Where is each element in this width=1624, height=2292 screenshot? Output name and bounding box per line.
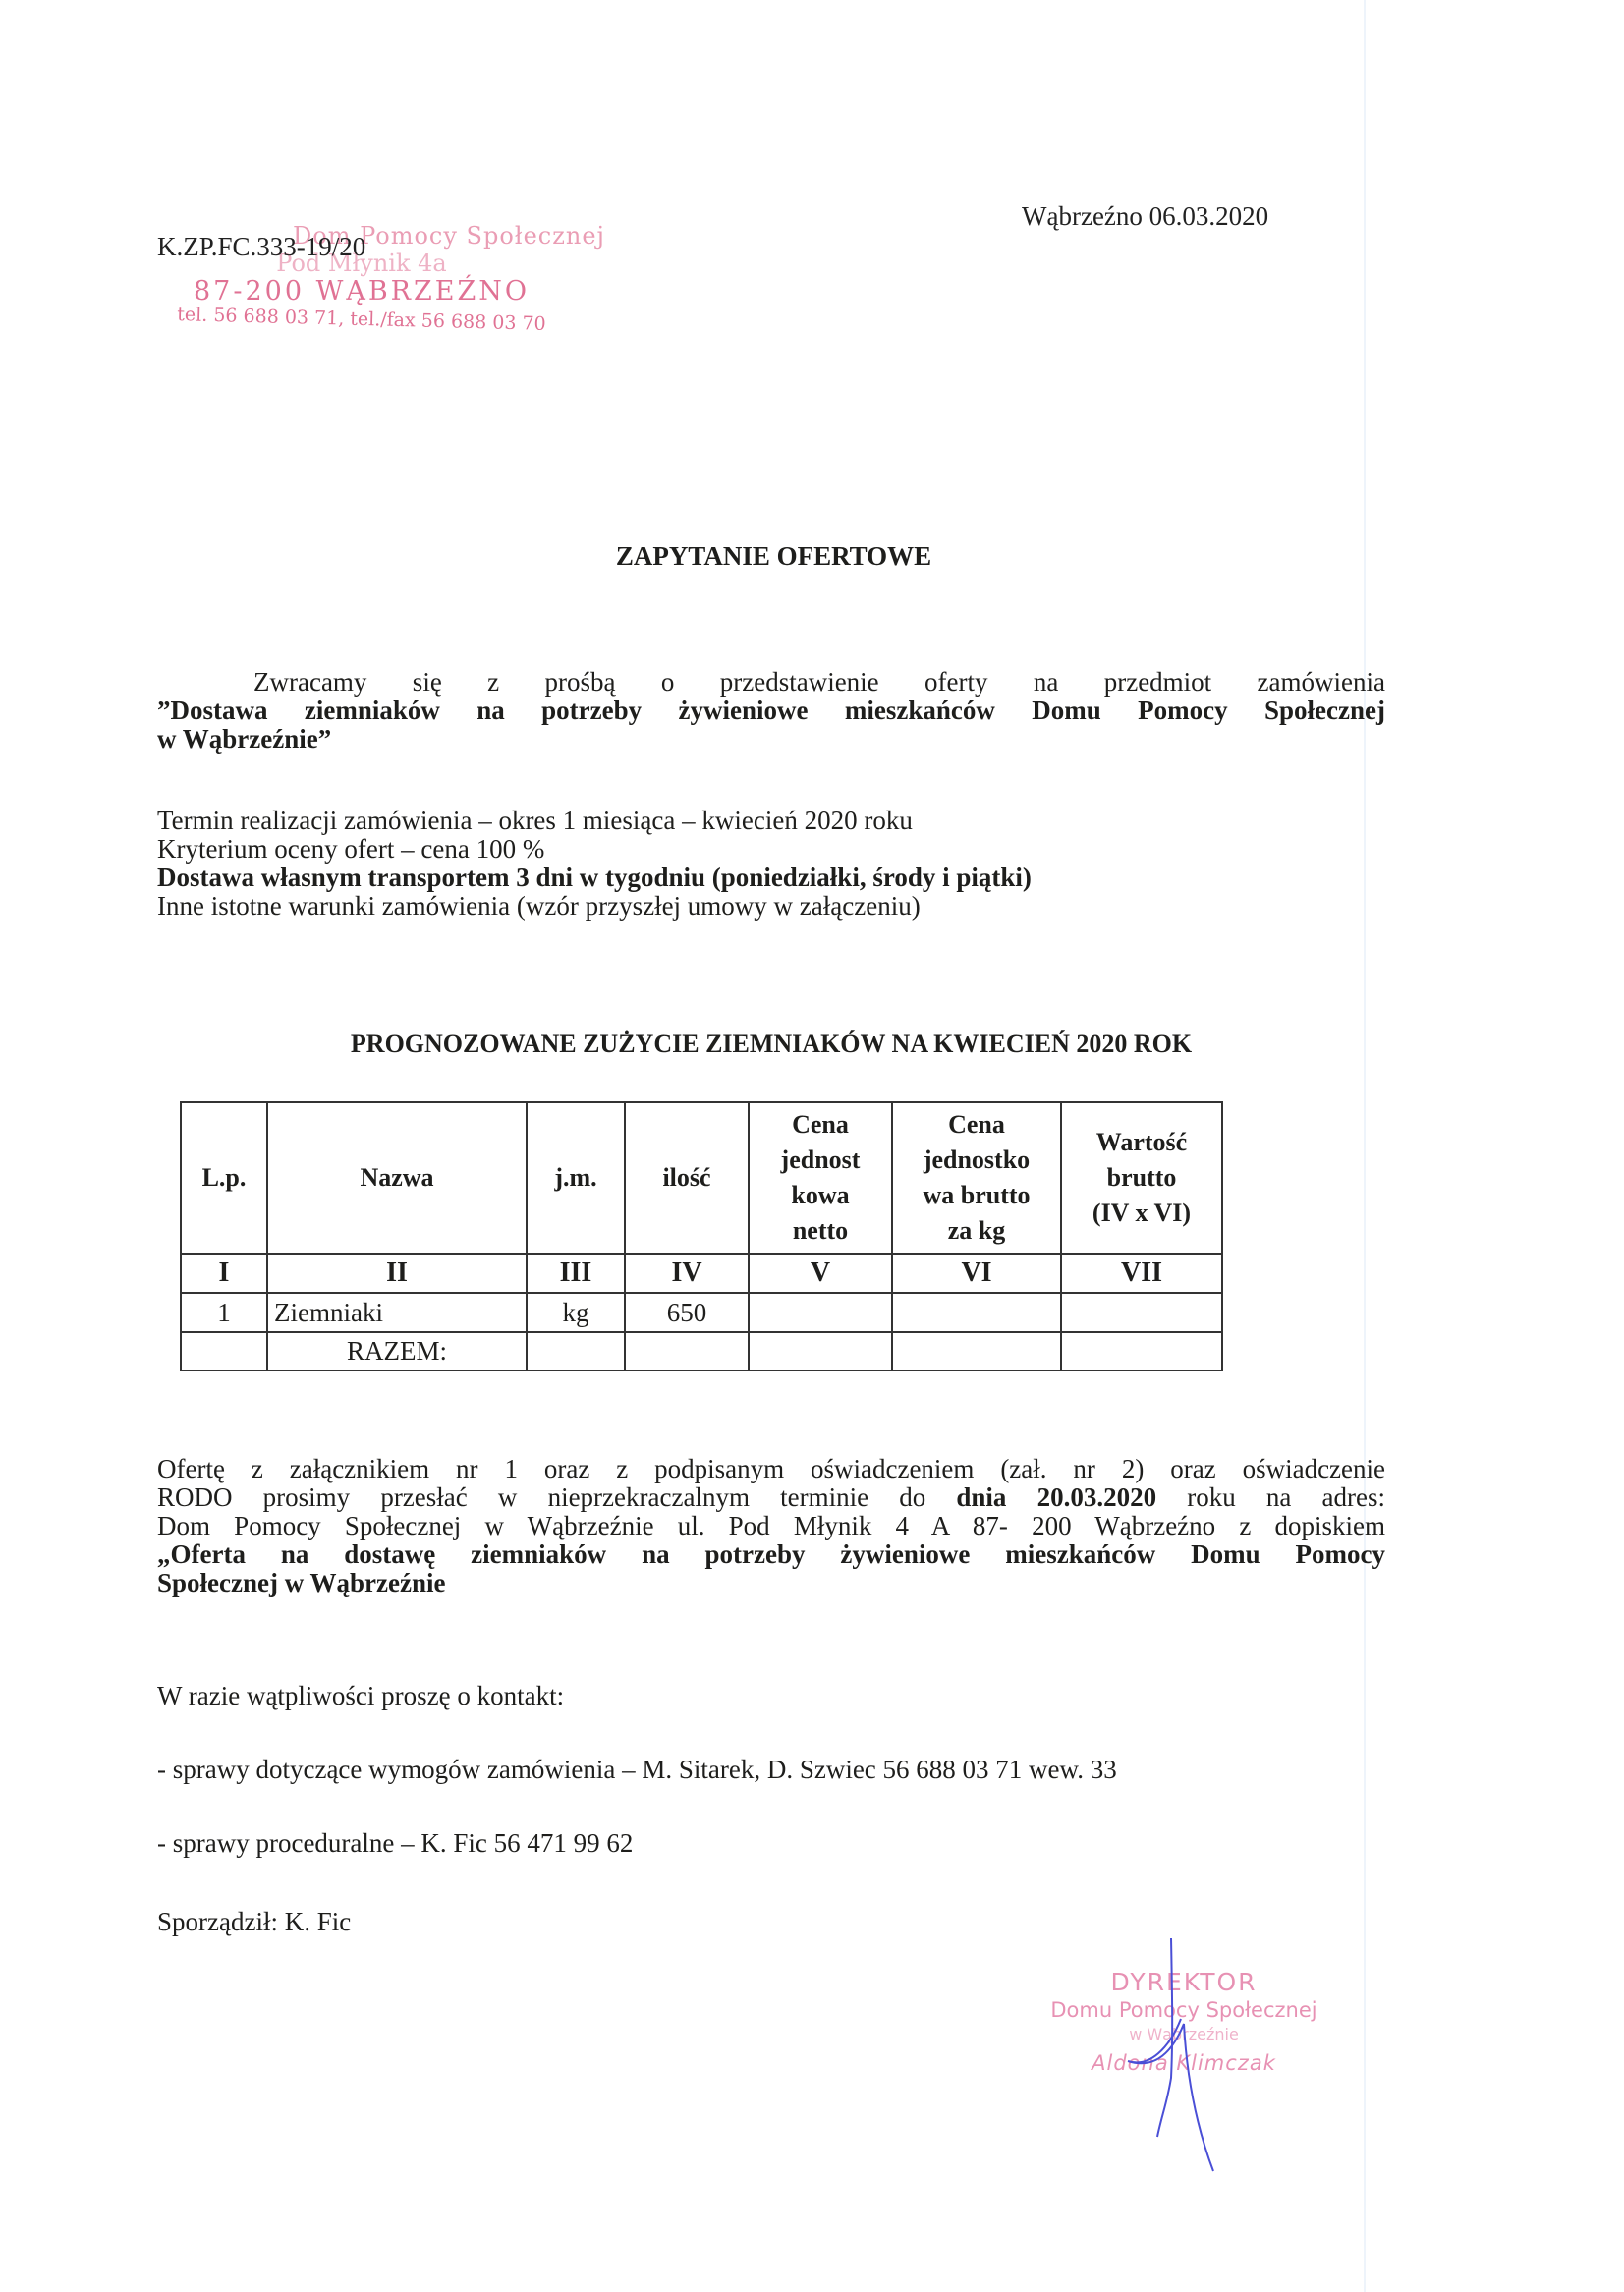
scan-artifact-line (1364, 0, 1366, 2292)
offer-line-4: „Oferta na dostawę ziemniaków na potrzeb… (157, 1540, 1385, 1569)
column-header: j.m. (527, 1102, 625, 1254)
stamp-line-city: 87-200 WĄBRZEŹNO (175, 277, 548, 307)
contact-intro: W razie wątpliwości proszę o kontakt: (157, 1682, 1385, 1710)
table-total-row: RAZEM: (181, 1332, 1222, 1370)
table-cell (1061, 1293, 1222, 1332)
table-cell (892, 1293, 1061, 1332)
total-lp-cell (181, 1332, 267, 1370)
table-row: 1Ziemniakikg650 (181, 1293, 1222, 1332)
table-cell: Ziemniaki (267, 1293, 527, 1332)
column-number: I (181, 1254, 267, 1293)
handwritten-signature-icon (1110, 1930, 1228, 2176)
column-number: II (267, 1254, 527, 1293)
table-cell (749, 1293, 892, 1332)
contact-procedural: - sprawy proceduralne – K. Fic 56 471 99… (157, 1829, 1385, 1858)
total-quantity-cell (625, 1332, 749, 1370)
offer-line-2-end: roku na adres: (1156, 1482, 1385, 1512)
offer-line-2: RODO prosimy przesłać w nieprzekraczalny… (157, 1483, 1385, 1512)
table-cell: 1 (181, 1293, 267, 1332)
intro-line-1: Zwracamy się z prośbą o przedstawienie o… (157, 668, 1385, 697)
reference-number: K.ZP.FC.333-19/20 (157, 232, 365, 262)
total-label: RAZEM: (267, 1332, 527, 1370)
column-number: IV (625, 1254, 749, 1293)
table-header-row: L.p.Nazwaj.m.ilośćCenajednostkowanettoCe… (181, 1102, 1222, 1254)
column-number: III (527, 1254, 625, 1293)
offer-line-3: Dom Pomocy Społecznej w Wąbrzeźnie ul. P… (157, 1512, 1385, 1540)
offer-line-5: Społecznej w Wąbrzeźnie (157, 1569, 1385, 1597)
deadline-date: dnia 20.03.2020 (956, 1482, 1156, 1512)
forecast-table: L.p.Nazwaj.m.ilośćCenajednostkowanettoCe… (180, 1101, 1223, 1371)
evaluation-criterion: Kryterium oceny ofert – cena 100 % (157, 835, 1385, 864)
total-unit-cell (527, 1332, 625, 1370)
delivery-conditions: Dostawa własnym transportem 3 dni w tygo… (157, 864, 1385, 892)
table-cell: 650 (625, 1293, 749, 1332)
table-roman-row: IIIIIIIVVVIVII (181, 1254, 1222, 1293)
total-gross-price-cell (892, 1332, 1061, 1370)
stamp-line-phone: tel. 56 688 03 71, tel./fax 56 688 03 70 (175, 302, 549, 337)
offer-line-2-text: RODO prosimy przesłać w nieprzekraczalny… (157, 1482, 956, 1512)
place-and-date: Wąbrzeźno 06.03.2020 (1022, 201, 1268, 232)
table-cell: kg (527, 1293, 625, 1332)
other-conditions: Inne istotne warunki zamówienia (wzór pr… (157, 892, 1385, 921)
total-net-price-cell (749, 1332, 892, 1370)
column-header: Cenajednostkowa bruttoza kg (892, 1102, 1061, 1254)
column-number: V (749, 1254, 892, 1293)
document-title: ZAPYTANIE OFERTOWE (0, 541, 1547, 572)
column-header: Cenajednostkowanetto (749, 1102, 892, 1254)
intro-line-3: w Wąbrzeźnie” (157, 725, 1385, 754)
offer-line-1: Ofertę z załącznikiem nr 1 oraz z podpis… (157, 1455, 1385, 1483)
intro-line-2: ”Dostawa ziemniaków na potrzeby żywienio… (157, 697, 1385, 725)
column-header: ilość (625, 1102, 749, 1254)
column-number: VII (1061, 1254, 1222, 1293)
total-gross-value-cell (1061, 1332, 1222, 1370)
forecast-title: PROGNOZOWANE ZUŻYCIE ZIEMNIAKÓW NA KWIEC… (0, 1030, 1542, 1059)
column-header: Wartośćbrutto(IV x VI) (1061, 1102, 1222, 1254)
column-header: Nazwa (267, 1102, 527, 1254)
contact-requirements: - sprawy dotyczące wymogów zamówienia – … (157, 1756, 1385, 1784)
column-number: VI (892, 1254, 1061, 1293)
realization-term: Termin realizacji zamówienia – okres 1 m… (157, 807, 1385, 835)
column-header: L.p. (181, 1102, 267, 1254)
